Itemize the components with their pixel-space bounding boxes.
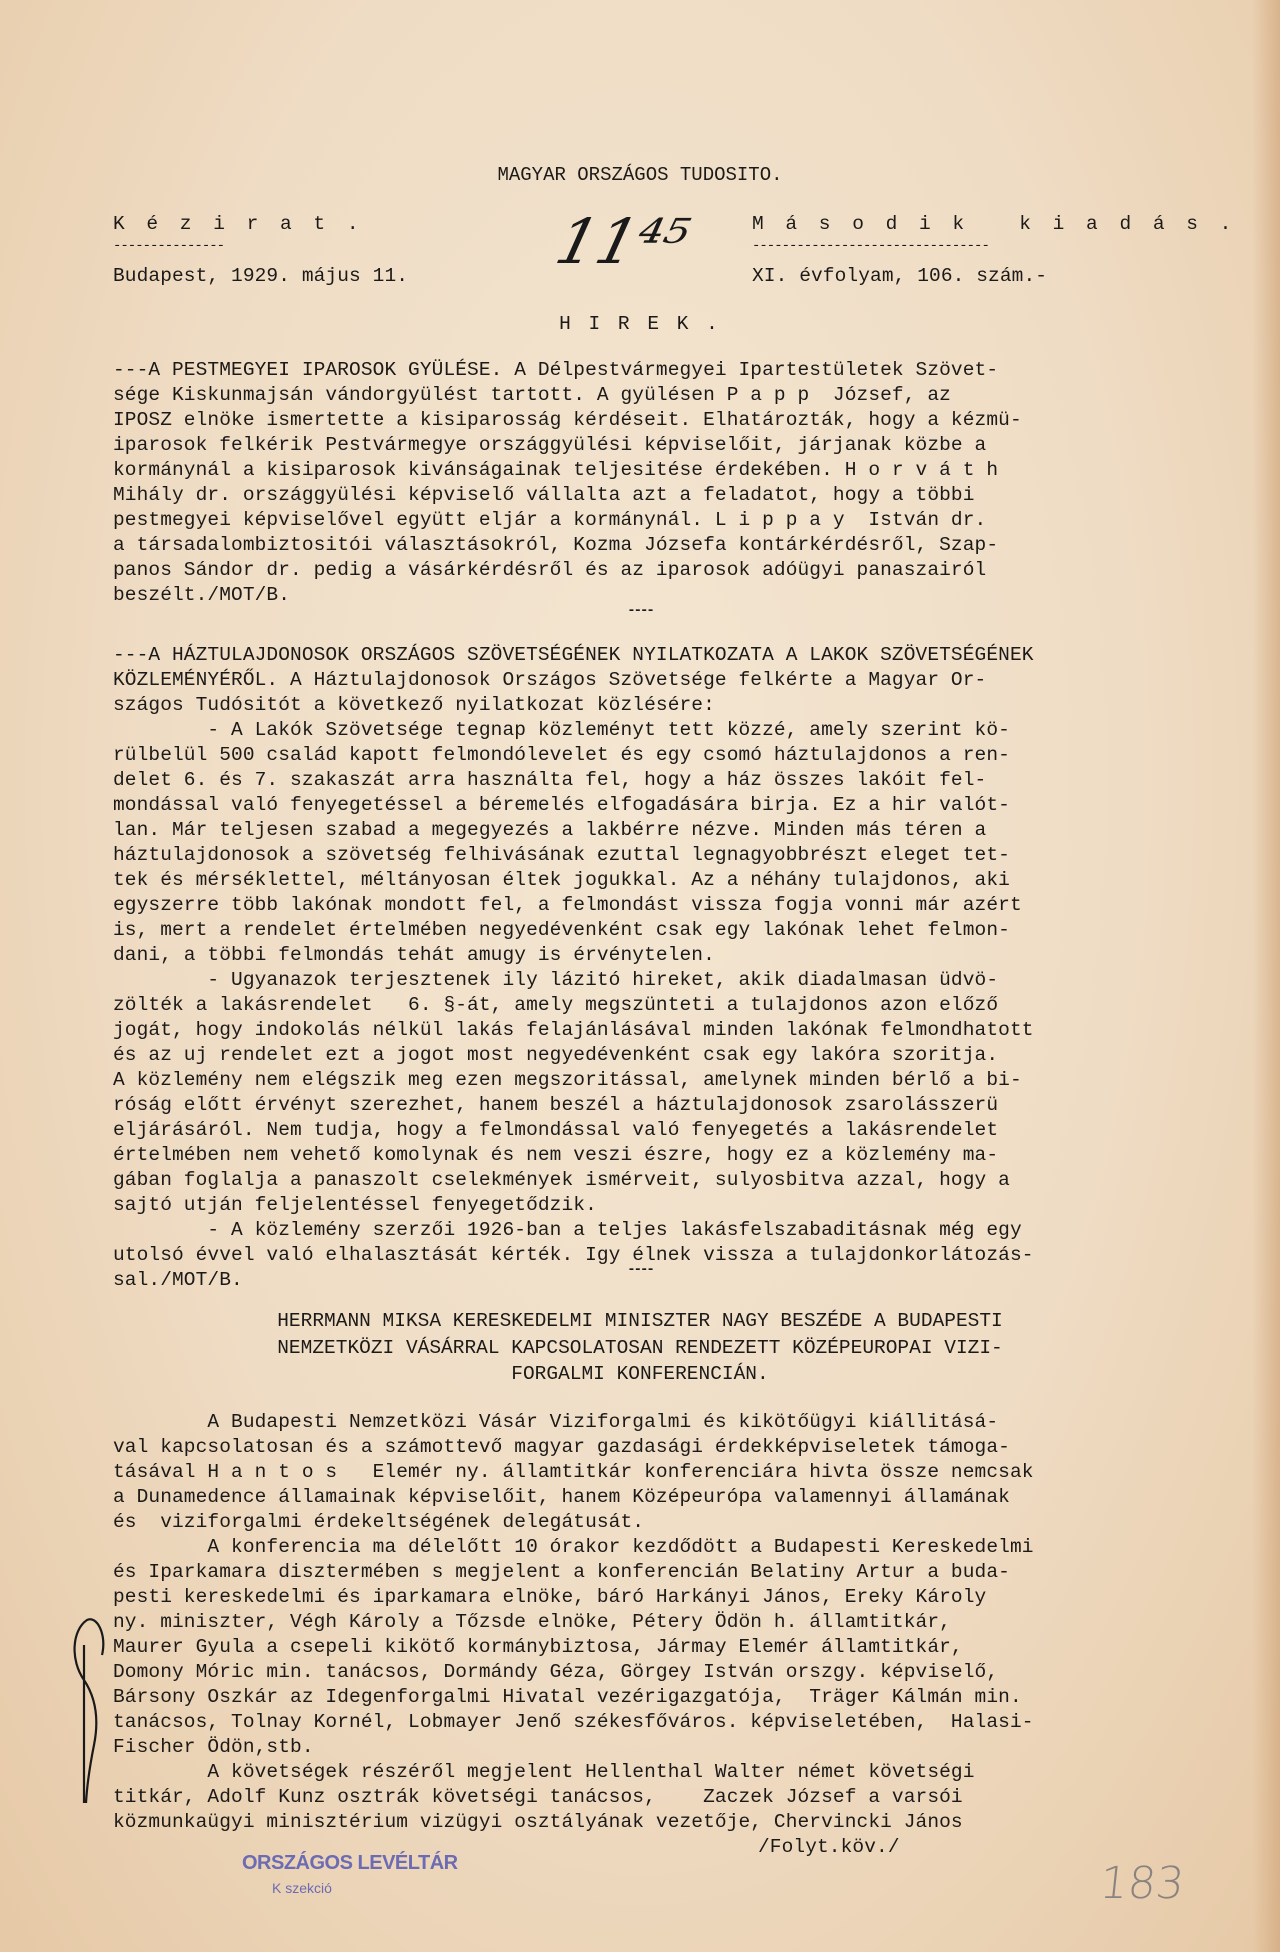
edition-underline: --------------------------------: [752, 238, 989, 254]
article-line: Bársony Oszkár az Idegenforgalmi Hivatal…: [113, 1683, 1022, 1711]
article-line: - A közlemény szerzői 1926-ban a teljes …: [113, 1216, 1022, 1244]
article-line: zölték a lakásrendelet 6. §-át, amely me…: [113, 991, 998, 1019]
article-line: tásával H a n t o s Elemér ny. államtitk…: [113, 1458, 1034, 1486]
article-line: tek és mérséklettel, méltányosan éltek j…: [113, 866, 1010, 894]
archive-stamp-subtitle: K szekció: [272, 1880, 332, 1896]
article-line: val kapcsolatosan és a számottevő magyar…: [113, 1433, 1010, 1461]
article-line: a Dunamedence államainak képviselőit, ha…: [113, 1483, 1010, 1511]
article-line: - Ugyanazok terjesztenek ily lázitó hire…: [113, 966, 998, 994]
archive-stamp-title: ORSZÁGOS LEVÉLTÁR: [242, 1852, 458, 1875]
article-line: A közlemény nem elégszik meg ezen megszo…: [113, 1066, 1022, 1094]
edition-label: M á s o d i k k i a d á s .: [752, 210, 1236, 238]
article-line: értelmében nem vehető komolynak és nem v…: [113, 1141, 998, 1169]
document-page: MAGYAR ORSZÁGOS TUDOSITO. K é z i r a t …: [0, 0, 1280, 1952]
article-line: jogát, hogy indokolás nélkül lakás felaj…: [113, 1016, 1034, 1044]
continuation-note: /Folyt.köv./: [758, 1833, 900, 1861]
article-line: A követségek részéről megjelent Hellenth…: [113, 1758, 975, 1786]
page-number: 183: [1097, 1858, 1186, 1909]
article-line: is, mert a rendelet értelmében negyedéve…: [113, 916, 1010, 944]
article-line: panos Sándor dr. pedig a vásárkérdésről …: [113, 556, 986, 584]
article-line: szágos Tudósitót a következő nyilatkozat…: [113, 691, 715, 719]
article-line: közmunkaügyi minisztérium vizügyi osztál…: [113, 1808, 963, 1836]
article-line: egyszerre több lakónak mondott fel, a fe…: [113, 891, 1022, 919]
article-line: Fischer Ödön,stb.: [113, 1733, 314, 1761]
manuscript-label: K é z i r a t .: [113, 210, 364, 238]
article-line: IPOSZ elnöke ismertette a kisiparosság k…: [113, 406, 1022, 434]
article-line: pesti kereskedelmi és iparkamara elnöke,…: [113, 1583, 986, 1611]
article-line: A Budapesti Nemzetközi Vásár Viziforgalm…: [113, 1408, 998, 1436]
headline-line: HERRMANN MIKSA KERESKEDELMI MINISZTER NA…: [0, 1307, 1280, 1335]
article-line: és az uj rendelet ezt a jogot most negye…: [113, 1041, 998, 1069]
article-line: ny. miniszter, Végh Károly a Tőzsde elnö…: [113, 1608, 951, 1636]
article-line: sége Kiskunmajsán vándorgyülést tartott.…: [113, 381, 951, 409]
article-line: Domony Móric min. tanácsos, Dormándy Géz…: [113, 1658, 998, 1686]
handwritten-time-note: 11⁴⁵: [549, 205, 696, 278]
date-line: Budapest, 1929. május 11.: [113, 262, 408, 290]
issue-line: XI. évfolyam, 106. szám.-: [752, 262, 1047, 290]
article-line: kormánynál a kisiparosok kivánságainak t…: [113, 456, 998, 484]
article-line: dani, a többi felmondás tehát amugy is é…: [113, 941, 715, 969]
article-line: eljárásáról. Nem tudja, hogy a felmondás…: [113, 1116, 998, 1144]
article-line: Mihály dr. országgyülési képviselő válla…: [113, 481, 975, 509]
article-line: delet 6. és 7. szakaszát arra használta …: [113, 766, 986, 794]
margin-signature-mark: [62, 1605, 122, 1805]
article-line: KÖZLEMÉNYÉRŐL. A Háztulajdonosok Országo…: [113, 666, 986, 694]
article-line: pestmegyei képviselővel együtt eljár a k…: [113, 506, 986, 534]
agency-title: MAGYAR ORSZÁGOS TUDOSITO.: [0, 164, 1280, 186]
article-line: ---A HÁZTULAJDONOSOK ORSZÁGOS SZÖVETSÉGÉ…: [113, 641, 1034, 669]
article-line: és viziforgalmi érdekeltségének delegátu…: [113, 1508, 644, 1536]
headline-line: NEMZETKÖZI VÁSÁRRAL KAPCSOLATOSAN RENDEZ…: [0, 1334, 1280, 1362]
article-line: és Iparkamara disztermében s megjelent a…: [113, 1558, 1010, 1586]
article-line: tanácsos, Tolnay Kornél, Lobmayer Jenő s…: [113, 1708, 1034, 1736]
article-line: háztulajdonosok a szövetség felhivásának…: [113, 841, 1010, 869]
article-line: iparosok felkérik Pestvármegye országgyü…: [113, 431, 986, 459]
article-line: A konferencia ma délelőtt 10 órakor kezd…: [113, 1533, 1034, 1561]
article-line: rülbelül 500 család kapott felmondólevel…: [113, 741, 1010, 769]
article-line: ---A PESTMEGYEI IPAROSOK GYÜLÉSE. A Délp…: [113, 356, 998, 384]
article-separator: ----: [0, 603, 1280, 619]
manuscript-underline: ---------------: [113, 238, 224, 254]
article-line: lan. Már teljesen szabad a megegyezés a …: [113, 816, 986, 844]
section-title: H I R E K .: [0, 310, 1280, 338]
article-line: róság előtt érvényt szerezhet, hanem bes…: [113, 1091, 998, 1119]
article-line: sajtó utján feljelentéssel fenyegetődzik…: [113, 1191, 597, 1219]
article-line: gában foglalja a panaszolt cselekmények …: [113, 1166, 1010, 1194]
article-line: - A Lakók Szövetsége tegnap közleményt t…: [113, 716, 1010, 744]
article-line: mondással való fenyegetéssel a béremelés…: [113, 791, 1010, 819]
article-line: titkár, Adolf Kunz osztrák követségi tan…: [113, 1783, 963, 1811]
article-line: Maurer Gyula a csepeli kikötő kormánybiz…: [113, 1633, 963, 1661]
article-separator: ----: [0, 1262, 1280, 1278]
headline-line: FORGALMI KONFERENCIÁN.: [0, 1360, 1280, 1388]
article-line: a társadalombiztositói választásokról, K…: [113, 531, 998, 559]
